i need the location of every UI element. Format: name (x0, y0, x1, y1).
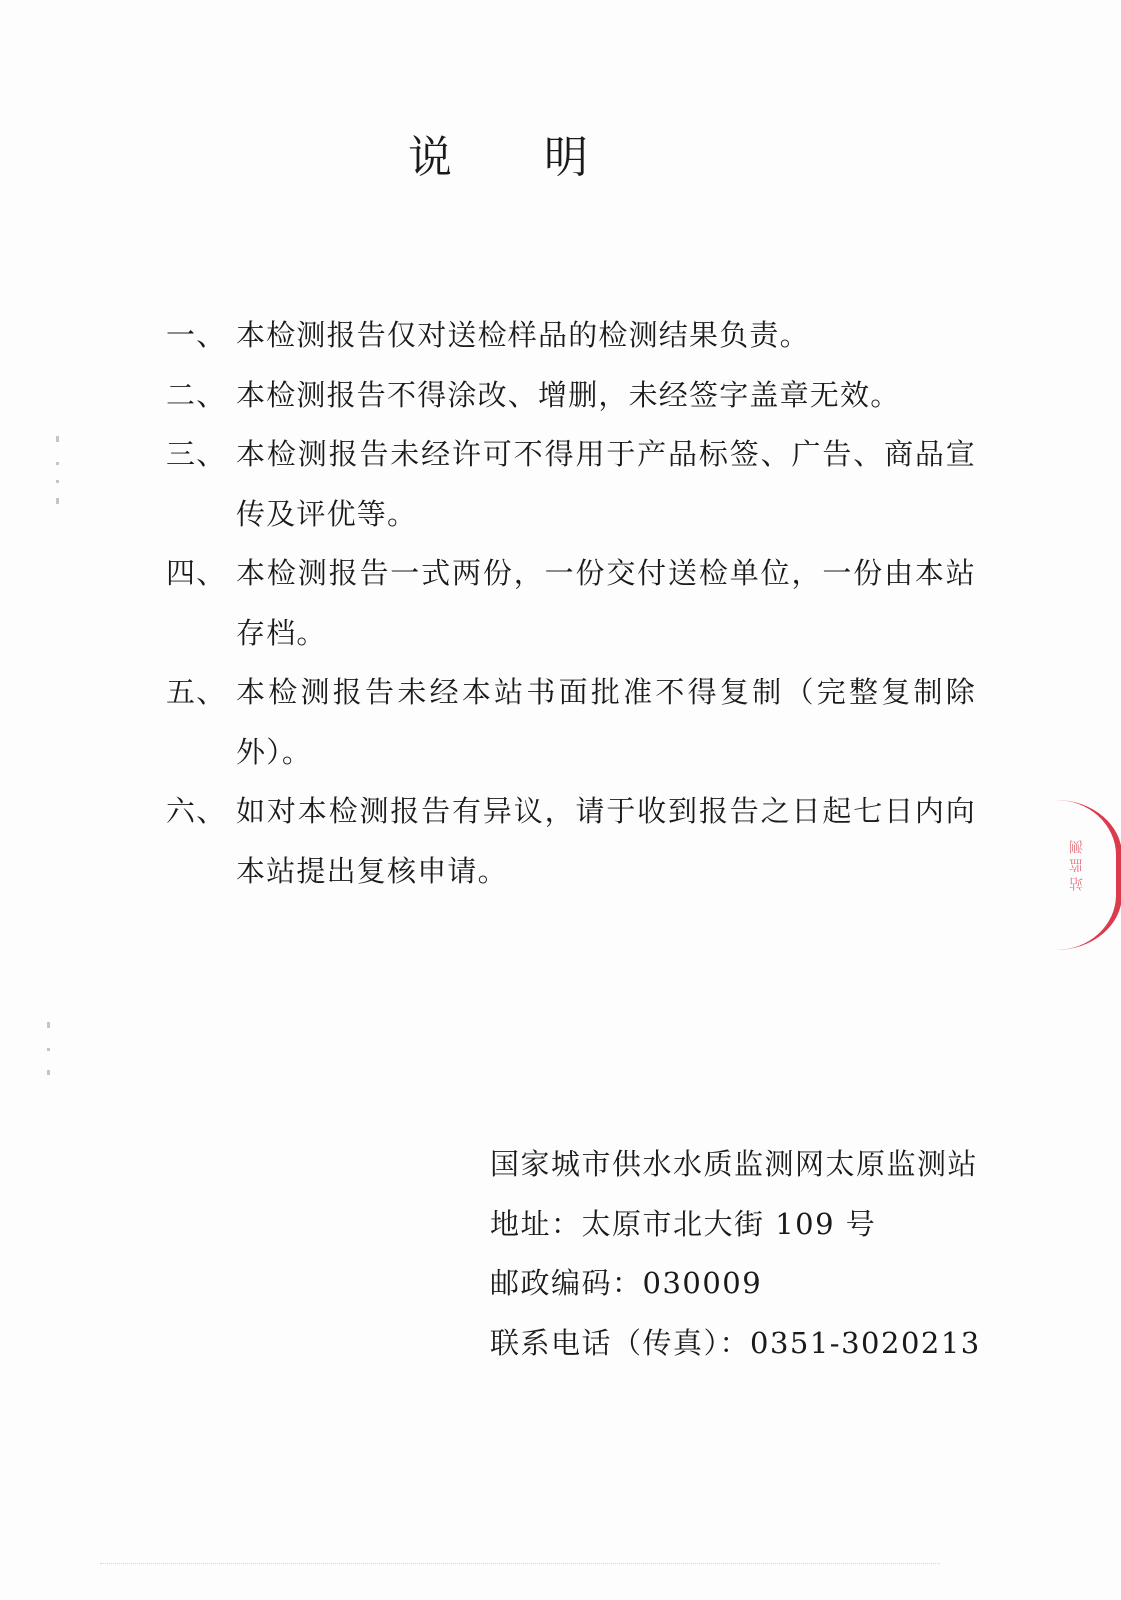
binding-hole-mark (56, 498, 59, 504)
binding-hole-mark (56, 480, 59, 483)
clause-number: 一、 (166, 306, 236, 366)
binding-hole-mark (47, 1070, 50, 1075)
clause-text: 如对本检测报告有异议，请于收到报告之日起七日内向本站提出复核申请。 (236, 782, 976, 901)
clause-list: 一、 本检测报告仅对送检样品的检测结果负责。 二、 本检测报告不得涂改、增删，未… (166, 306, 976, 901)
clause-item: 一、 本检测报告仅对送检样品的检测结果负责。 (166, 306, 976, 366)
clause-text: 本检测报告一式两份，一份交付送检单位，一份由本站存档。 (236, 544, 976, 663)
clause-text: 本检测报告仅对送检样品的检测结果负责。 (236, 306, 976, 366)
clause-item: 二、 本检测报告不得涂改、增删，未经签字盖章无效。 (166, 366, 976, 426)
phone-fax: 联系电话（传真）：0351-3020213 (490, 1314, 990, 1374)
clause-text: 本检测报告未经许可不得用于产品标签、广告、商品宣传及评优等。 (236, 425, 976, 544)
address: 地址：太原市北大街 109 号 (490, 1195, 990, 1255)
clause-item: 三、 本检测报告未经许可不得用于产品标签、广告、商品宣传及评优等。 (166, 425, 976, 544)
binding-hole-mark (56, 436, 59, 442)
clause-text: 本检测报告未经本站书面批准不得复制（完整复制除外）。 (236, 663, 976, 782)
clause-number: 三、 (166, 425, 236, 485)
organization-name: 国家城市供水水质监测网太原监测站 (490, 1135, 990, 1195)
page-title: 说明 (408, 130, 588, 186)
binding-hole-mark (56, 462, 59, 465)
clause-number: 六、 (166, 782, 236, 842)
binding-hole-mark (47, 1048, 50, 1051)
clause-item: 六、 如对本检测报告有异议，请于收到报告之日起七日内向本站提出复核申请。 (166, 782, 976, 901)
red-seal-stamp-edge (1056, 800, 1121, 950)
clause-item: 五、 本检测报告未经本站书面批准不得复制（完整复制除外）。 (166, 663, 976, 782)
clause-number: 二、 (166, 366, 236, 426)
stamp-partial-text: 站 监 测 (1068, 840, 1086, 891)
contact-footer: 国家城市供水水质监测网太原监测站 地址：太原市北大街 109 号 邮政编码：03… (490, 1135, 990, 1373)
postal-code: 邮政编码：030009 (490, 1254, 990, 1314)
title-char: 说 (408, 130, 452, 186)
binding-hole-mark (47, 1022, 50, 1028)
clause-text: 本检测报告不得涂改、增删，未经签字盖章无效。 (236, 366, 976, 426)
clause-item: 四、 本检测报告一式两份，一份交付送检单位，一份由本站存档。 (166, 544, 976, 663)
scan-artifact-line (100, 1563, 940, 1565)
clause-number: 五、 (166, 663, 236, 723)
clause-number: 四、 (166, 544, 236, 604)
title-char: 明 (544, 130, 588, 186)
